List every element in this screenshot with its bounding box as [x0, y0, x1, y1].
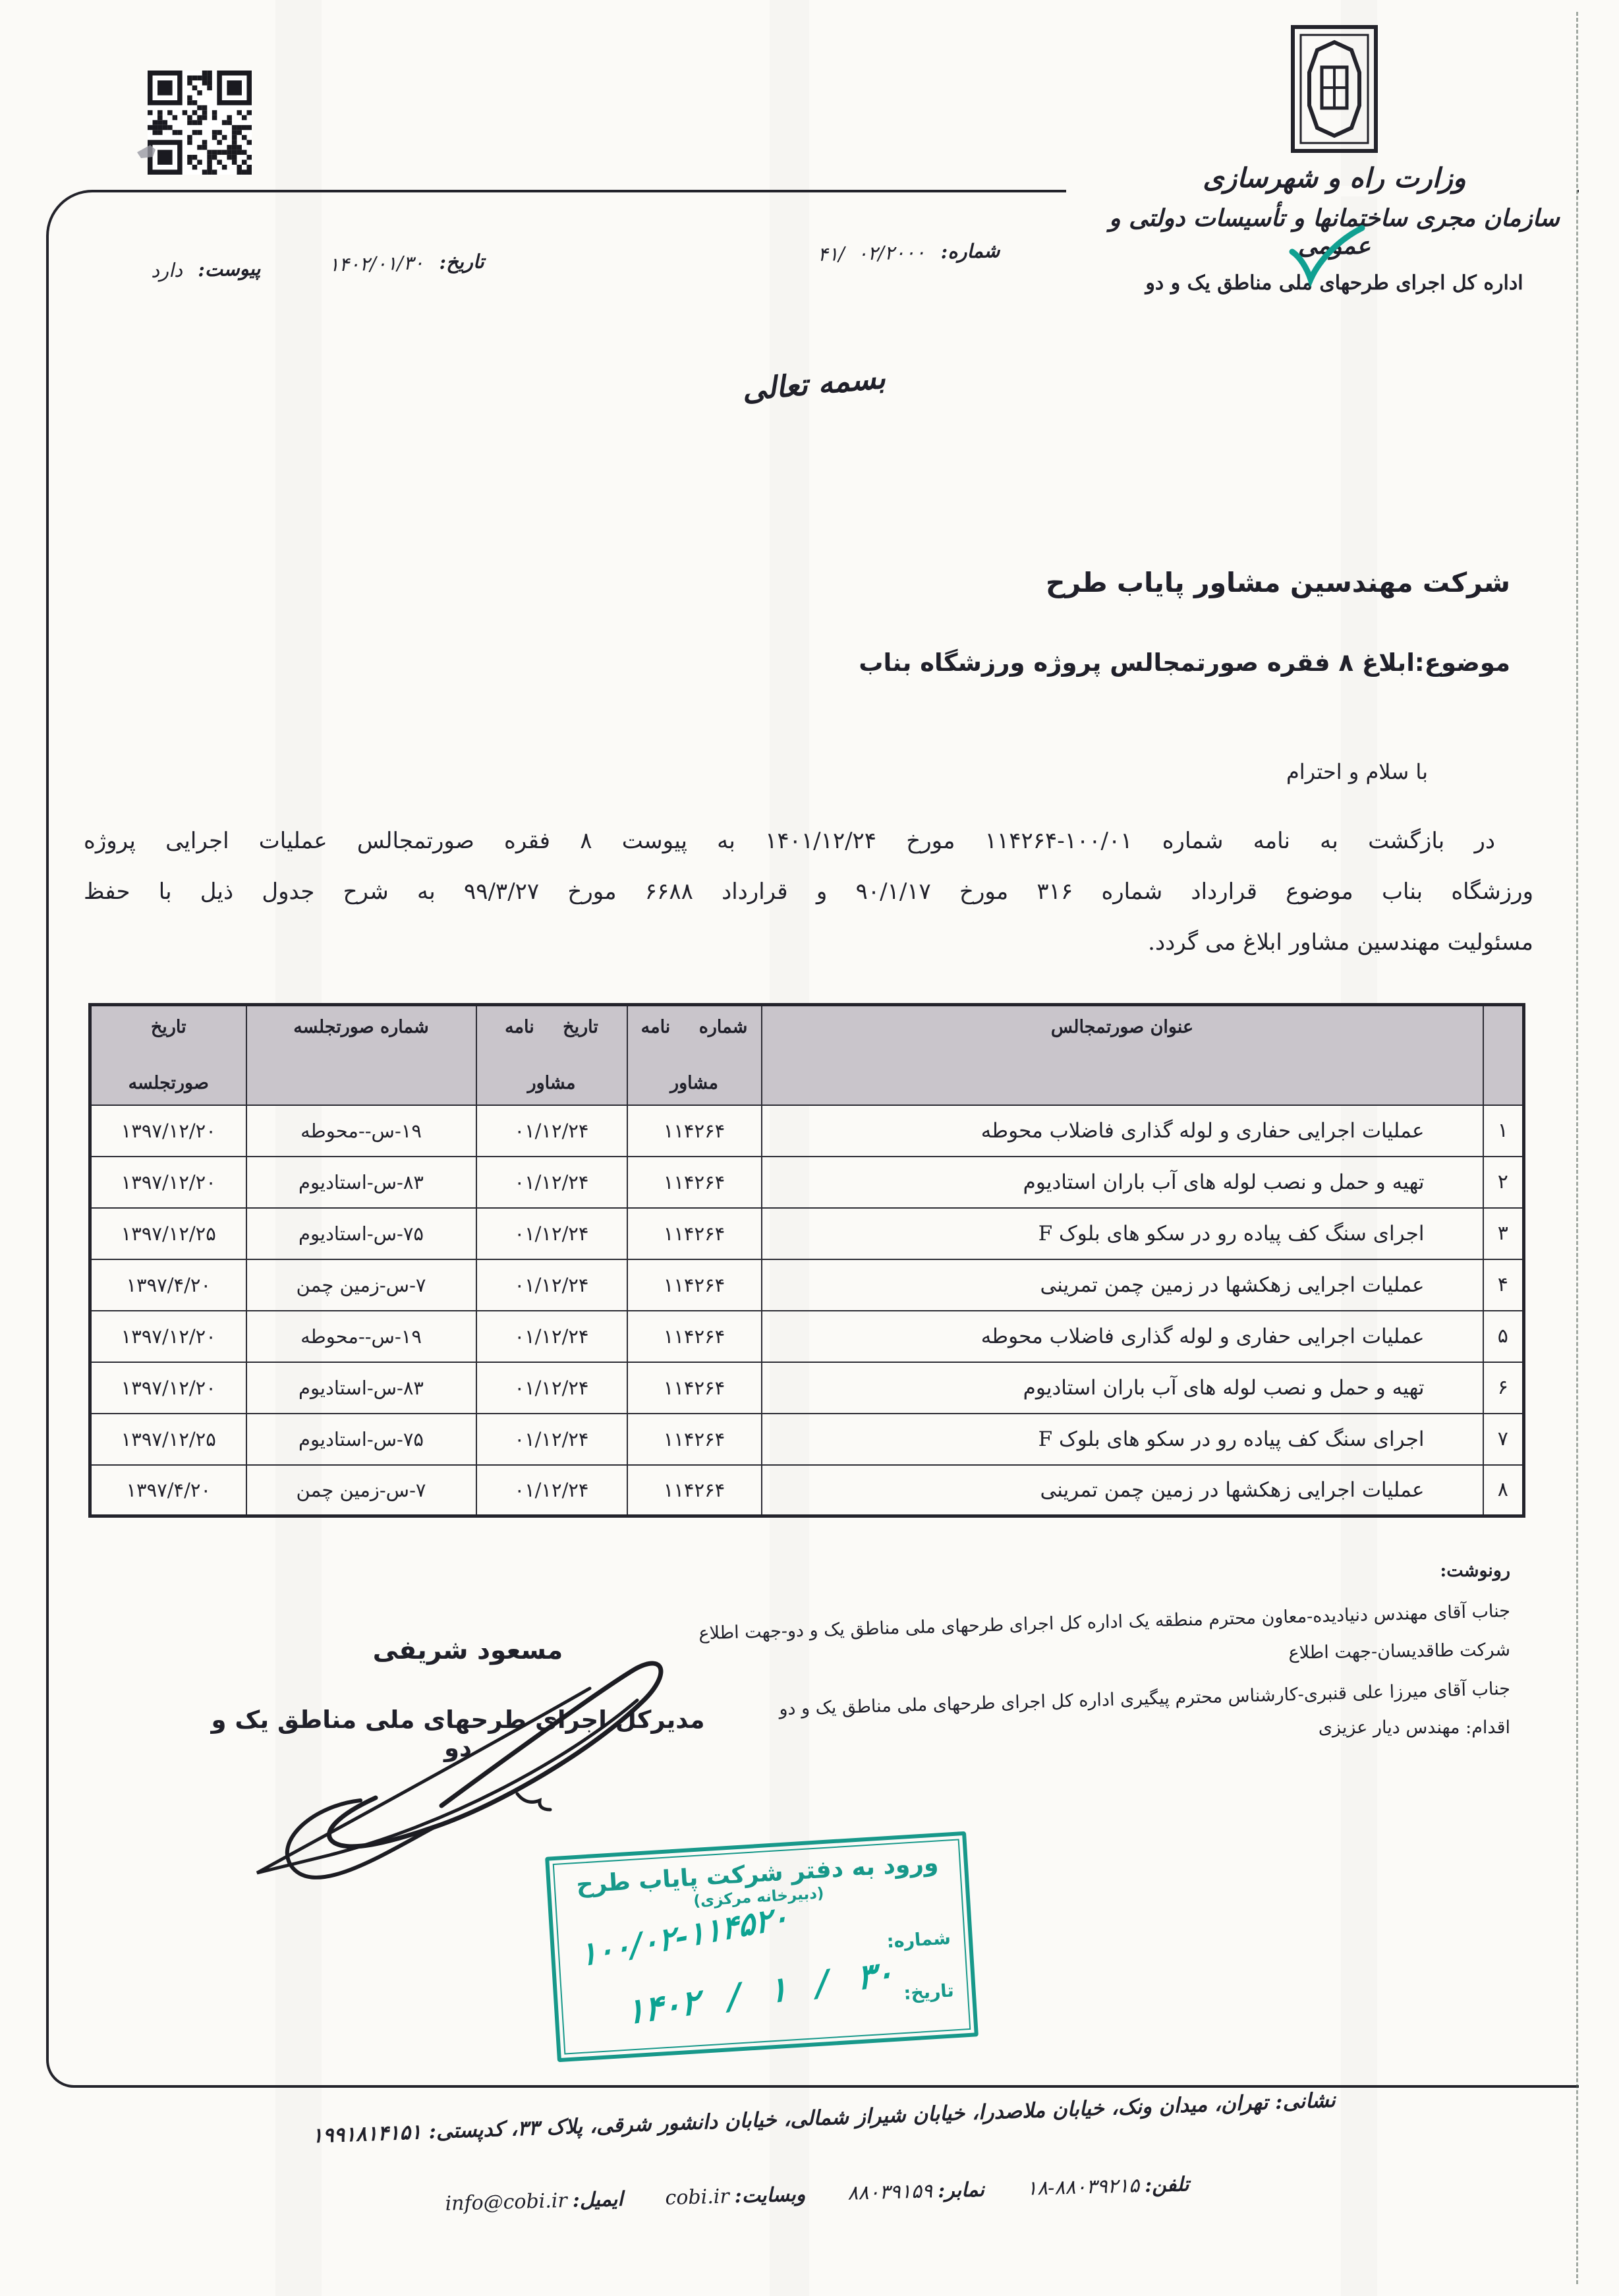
minute-number-cell: ۸۳-س-استادیوم	[246, 1362, 476, 1414]
clip-mark-icon	[136, 144, 158, 161]
subject-line: موضوع:ابلاغ ۸ فقره صورتمجالس پروژه ورزشگ…	[859, 648, 1510, 677]
table-row: ۳ اجرای سنگ کف پیاده رو در سکو های بلوک …	[90, 1208, 1524, 1259]
col-minute-number: شماره صورتجلسه	[246, 1005, 476, 1105]
minute-date-cell: ۱۳۹۷/۱۲/۲۵	[90, 1208, 246, 1259]
row-number: ۱	[1483, 1105, 1524, 1157]
minute-date-cell: ۱۳۹۷/۴/۲۰	[90, 1259, 246, 1311]
attachment-label: پیوست:	[197, 257, 260, 281]
row-number: ۴	[1483, 1259, 1524, 1311]
footer-email: ایمیل:info@cobi.ir	[445, 2188, 623, 2216]
consultant-letter-number-cell: ۱۱۴۲۶۴	[627, 1362, 762, 1414]
col-consultant-letter-number: شماره نامه مشاور	[627, 1005, 762, 1105]
minute-number-cell: ۷-س-زمین چمن	[246, 1465, 476, 1516]
table-row: ۱ عملیات اجرایی حفاری و لوله گذاری فاضلا…	[90, 1105, 1524, 1157]
row-number: ۷	[1483, 1414, 1524, 1465]
minute-date-cell: ۱۳۹۷/۱۲/۲۰	[90, 1157, 246, 1208]
letter-date-field: تاریخ: ۱۴۰۲/۰۱/۳۰	[329, 250, 484, 276]
consultant-letter-date-cell: ۰۱/۱۲/۲۴	[476, 1362, 627, 1414]
table-body: ۱ عملیات اجرایی حفاری و لوله گذاری فاضلا…	[90, 1105, 1524, 1516]
letter-number-field: شماره: ۴۱/ ۰۲/۲۰۰۰	[817, 239, 1000, 266]
row-number: ۳	[1483, 1208, 1524, 1259]
consultant-letter-date-cell: ۰۱/۱۲/۲۴	[476, 1259, 627, 1311]
minute-number-cell: ۱۹-س--محوطه	[246, 1311, 476, 1362]
minute-title-cell: عملیات اجرایی حفاری و لوله گذاری فاضلاب …	[762, 1311, 1483, 1362]
footer-contacts: تلفن:۱۸-۸۸۰۳۹۲۱۵ نمابر:۸۸۰۳۹۱۵۹ وبسایت:c…	[283, 2169, 1351, 2220]
consultant-letter-date-cell: ۰۱/۱۲/۲۴	[476, 1311, 627, 1362]
minute-title-cell: اجرای سنگ کف پیاده رو در سکو های بلوک F	[762, 1208, 1483, 1259]
scanned-letter-page: وزارت راه و شهرسازی سازمان مجری ساختمانه…	[0, 0, 1619, 2296]
footer-phone: تلفن:۱۸-۸۸۰۳۹۲۱۵	[1026, 2173, 1189, 2200]
stamp-number-label: شماره:	[886, 1928, 952, 1952]
minute-title-cell: تهیه و حمل و نصب لوله های آب باران استاد…	[762, 1157, 1483, 1208]
table-row: ۶ تهیه و حمل و نصب لوله های آب باران است…	[90, 1362, 1524, 1414]
attachment-field: پیوست: دارد	[150, 257, 260, 281]
minute-number-cell: ۸۳-س-استادیوم	[246, 1157, 476, 1208]
letter-date-value: ۱۴۰۲/۰۱/۳۰	[329, 251, 424, 275]
table-row: ۵ عملیات اجرایی حفاری و لوله گذاری فاضلا…	[90, 1311, 1524, 1362]
teal-checkmark-icon	[1288, 224, 1367, 290]
row-number: ۲	[1483, 1157, 1524, 1208]
letter-number-value: ۴۱/ ۰۲/۲۰۰۰	[817, 241, 925, 265]
ministry-name: وزارت راه و شهرسازی	[1091, 162, 1578, 194]
col-minute-date: تاریخ صورتجلسه	[90, 1005, 246, 1105]
stamp-date-label: تاریخ:	[903, 1980, 955, 2004]
minute-number-cell: ۱۹-س--محوطه	[246, 1105, 476, 1157]
letter-number-label: شماره:	[940, 239, 1000, 263]
row-number: ۸	[1483, 1465, 1524, 1516]
minute-date-cell: ۱۳۹۷/۱۲/۲۰	[90, 1311, 246, 1362]
entry-stamp: ورود به دفتر شرکت پایاب طرح (دبیرخانه مر…	[545, 1831, 979, 2062]
table-header-row: عنوان صورتمجالس شماره نامه مشاور تاریخ ن…	[90, 1005, 1524, 1105]
minute-date-cell: ۱۳۹۷/۱۲/۲۵	[90, 1414, 246, 1465]
row-number: ۵	[1483, 1311, 1524, 1362]
table-row: ۲ تهیه و حمل و نصب لوله های آب باران است…	[90, 1157, 1524, 1208]
minute-title-cell: عملیات اجرایی زهکشها در زمین چمن تمرینی	[762, 1465, 1483, 1516]
stamp-date-value: ۱۴۰۲ / ۱ / ۳۰	[625, 1953, 894, 2033]
table-row: ۸ عملیات اجرایی زهکشها در زمین چمن تمرین…	[90, 1465, 1524, 1516]
footer-website: وبسایت:cobi.ir	[665, 2183, 806, 2210]
minute-date-cell: ۱۳۹۷/۴/۲۰	[90, 1465, 246, 1516]
consultant-letter-number-cell: ۱۱۴۲۶۴	[627, 1465, 762, 1516]
consultant-letter-date-cell: ۰۱/۱۲/۲۴	[476, 1157, 627, 1208]
stamp-inner: ورود به دفتر شرکت پایاب طرح (دبیرخانه مر…	[553, 1839, 971, 2054]
minute-number-cell: ۷۵-س-استادیوم	[246, 1414, 476, 1465]
qr-code-icon	[148, 67, 252, 178]
col-consultant-letter-date: تاریخ نامه مشاور	[476, 1005, 627, 1105]
salutation-line: با سلام و احترام	[1286, 759, 1428, 784]
row-number: ۶	[1483, 1362, 1524, 1414]
attachment-value: دارد	[150, 259, 183, 282]
consultant-letter-number-cell: ۱۱۴۲۶۴	[627, 1414, 762, 1465]
consultant-letter-number-cell: ۱۱۴۲۶۴	[627, 1105, 762, 1157]
ministry-emblem-icon	[1291, 25, 1378, 153]
footer-address: نشانی: تهران، میدان ونک، خیابان ملاصدرا،…	[264, 2086, 1384, 2149]
letter-date-label: تاریخ:	[439, 250, 484, 273]
minute-title-cell: عملیات اجرایی حفاری و لوله گذاری فاضلاب …	[762, 1105, 1483, 1157]
col-row-number	[1483, 1005, 1524, 1105]
body-line: در بازگشت به نامه شماره ۱۰۰/۰۱-۱۱۴۲۶۴ مو…	[84, 816, 1533, 867]
minute-number-cell: ۷-س-زمین چمن	[246, 1259, 476, 1311]
minute-title-cell: عملیات اجرایی زهکشها در زمین چمن تمرینی	[762, 1259, 1483, 1311]
minute-number-cell: ۷۵-س-استادیوم	[246, 1208, 476, 1259]
minute-date-cell: ۱۳۹۷/۱۲/۲۰	[90, 1105, 246, 1157]
table-row: ۷ اجرای سنگ کف پیاده رو در سکو های بلوک …	[90, 1414, 1524, 1465]
consultant-letter-number-cell: ۱۱۴۲۶۴	[627, 1259, 762, 1311]
minutes-table: عنوان صورتمجالس شماره نامه مشاور تاریخ ن…	[88, 1003, 1525, 1518]
consultant-letter-date-cell: ۰۱/۱۲/۲۴	[476, 1208, 627, 1259]
consultant-letter-number-cell: ۱۱۴۲۶۴	[627, 1157, 762, 1208]
consultant-letter-date-cell: ۰۱/۱۲/۲۴	[476, 1414, 627, 1465]
table-row: ۴ عملیات اجرایی زهکشها در زمین چمن تمرین…	[90, 1259, 1524, 1311]
col-minute-title: عنوان صورتمجالس	[762, 1005, 1483, 1105]
consultant-letter-date-cell: ۰۱/۱۲/۲۴	[476, 1465, 627, 1516]
recipient-line: شرکت مهندسین مشاور پایاب طرح	[1046, 567, 1510, 598]
consultant-letter-number-cell: ۱۱۴۲۶۴	[627, 1311, 762, 1362]
scan-edge-line	[1576, 12, 1578, 2284]
minute-title-cell: اجرای سنگ کف پیاده رو در سکو های بلوک F	[762, 1414, 1483, 1465]
letter-body: در بازگشت به نامه شماره ۱۰۰/۰۱-۱۱۴۲۶۴ مو…	[84, 816, 1533, 968]
body-line: ورزشگاه بناب موضوع قرارداد شماره ۳۱۶ مور…	[84, 867, 1533, 917]
footer-fax: نمابر:۸۸۰۳۹۱۵۹	[847, 2178, 985, 2204]
consultant-letter-date-cell: ۰۱/۱۲/۲۴	[476, 1105, 627, 1157]
cc-label: رونوشت:	[100, 1561, 1510, 1581]
consultant-letter-number-cell: ۱۱۴۲۶۴	[627, 1208, 762, 1259]
body-line: مسئولیت مهندسین مشاور ابلاغ می گردد.	[84, 917, 1533, 968]
minute-date-cell: ۱۳۹۷/۱۲/۲۰	[90, 1362, 246, 1414]
minute-title-cell: تهیه و حمل و نصب لوله های آب باران استاد…	[762, 1362, 1483, 1414]
